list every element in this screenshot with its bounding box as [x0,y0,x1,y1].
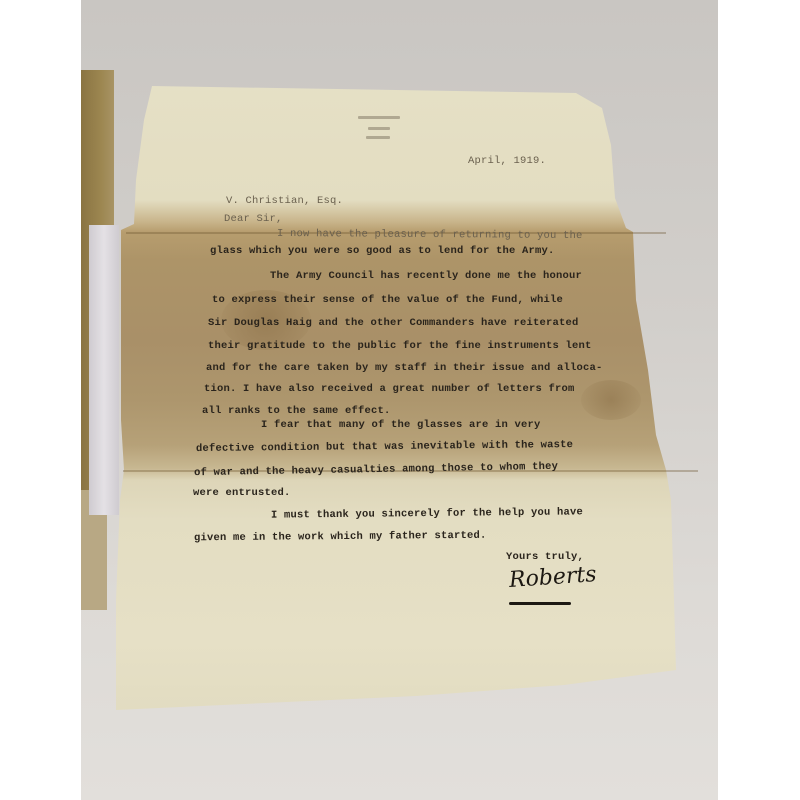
body-line: and for the care taken by my staff in th… [206,362,603,374]
body-line: to express their sense of the value of t… [212,294,563,306]
body-line: tion. I have also received a great numbe… [204,383,575,395]
stain [581,380,641,420]
body-line: their gratitude to the public for the fi… [208,340,592,352]
letter-paper [96,0,696,710]
body-line: all ranks to the same effect. [202,405,391,417]
body-line: I fear that many of the glasses are in v… [261,419,541,431]
salutation: Dear Sir, [224,213,283,225]
body-line: were entrusted. [193,487,291,499]
body-line: given me in the work which my father sta… [194,530,487,545]
photograph: April, 1919. V. Christian, Esq. Dear Sir… [81,0,718,800]
letter-date: April, 1919. [468,155,546,167]
body-line: Sir Douglas Haig and the other Commander… [208,317,579,329]
recipient: V. Christian, Esq. [226,195,343,207]
letterhead-line-1 [358,116,400,119]
body-line: glass which you were so good as to lend … [210,245,555,257]
letterhead-line-3 [366,136,390,139]
signature-underline [509,602,571,605]
letter: April, 1919. V. Christian, Esq. Dear Sir… [81,0,718,800]
body-line: I now have the pleasure of returning to … [277,228,583,242]
closing: Yours truly, [506,551,584,563]
letterhead-line-2 [368,127,390,130]
body-line: The Army Council has recently done me th… [270,270,582,282]
